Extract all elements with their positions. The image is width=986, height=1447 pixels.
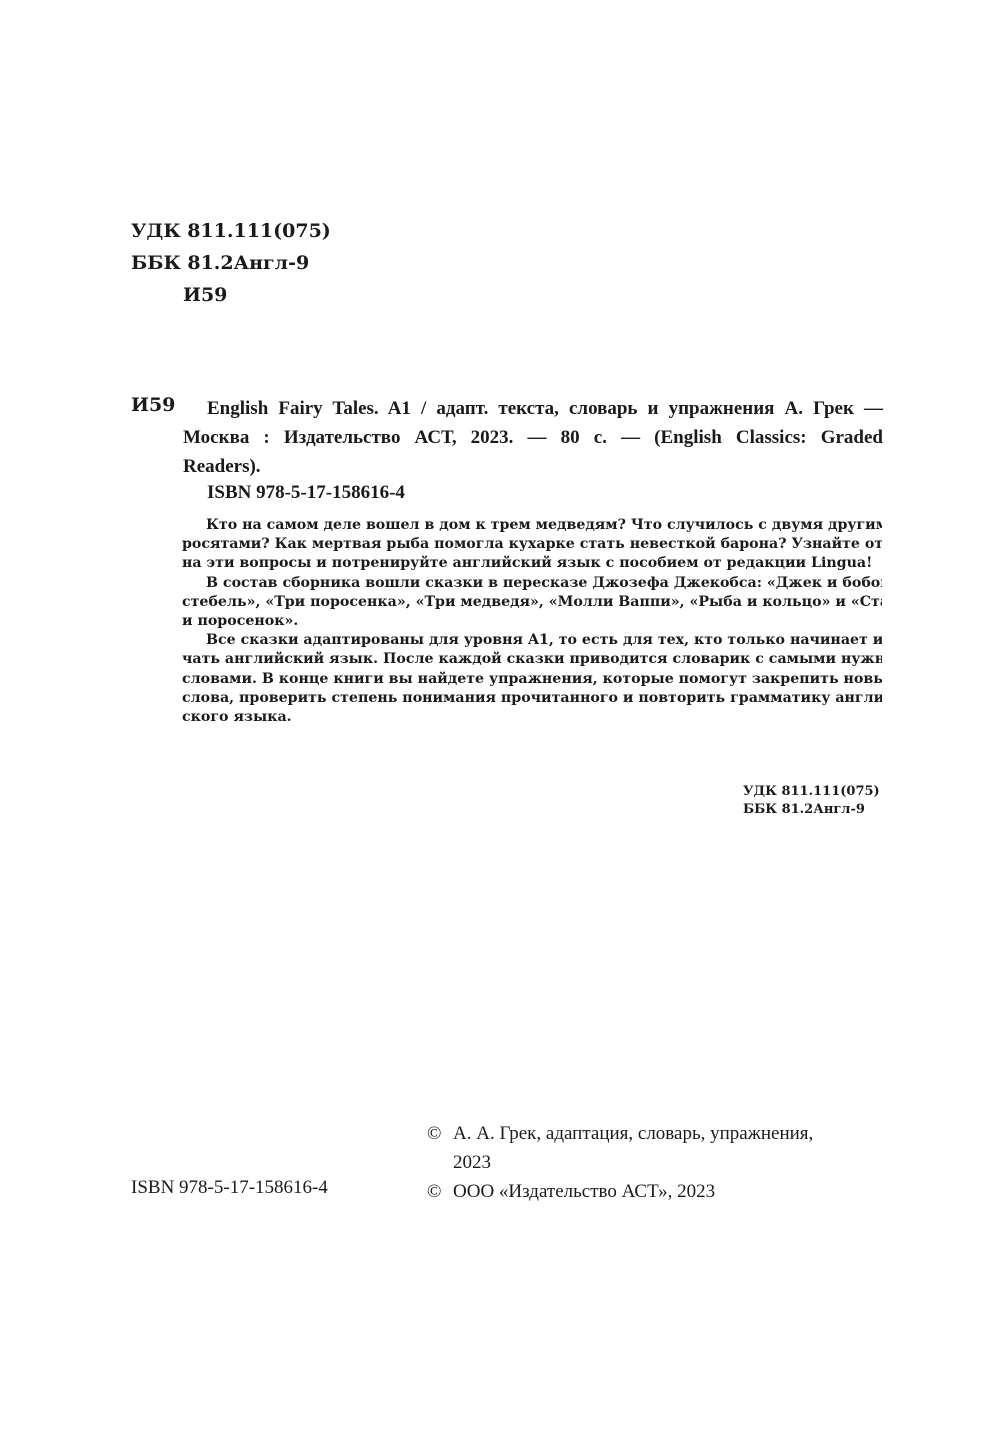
abstract-line: ского языка. [182, 708, 882, 727]
copyright-publisher-text: ООО «Издательство АСТ», 2023 [453, 1177, 715, 1206]
author-mark: И59 [131, 279, 331, 311]
copyright-icon: © [427, 1119, 453, 1148]
copyright-author-year-text: 2023 [453, 1148, 491, 1177]
copyright-author-text: А. А. Грек, адаптация, словарь, упражнен… [453, 1119, 813, 1148]
entry-line: Москва : Издательство АСТ, 2023. — 80 с.… [183, 423, 883, 452]
abstract-line: Кто на самом деле вошел в дом к трем мед… [182, 516, 882, 535]
copyright-block: © А. А. Грек, адаптация, словарь, упражн… [427, 1119, 813, 1206]
abstract-line: стебель», «Три поросенка», «Три медведя»… [182, 593, 882, 612]
udk-code: УДК 811.111(075) [131, 215, 331, 247]
abstract: Кто на самом деле вошел в дом к трем мед… [182, 516, 882, 727]
copyright-author-year: 2023 [427, 1148, 813, 1177]
entry-isbn: ISBN 978-5-17-158616-4 [207, 482, 405, 504]
entry-author-mark: И59 [131, 394, 175, 416]
isbn-bottom: ISBN 978-5-17-158616-4 [131, 1177, 328, 1199]
abstract-line: чать английский язык. После каждой сказк… [182, 650, 882, 669]
classification-footer: УДК 811.111(075) ББК 81.2Англ-9 [743, 783, 880, 819]
abstract-line: на эти вопросы и потренируйте английский… [182, 554, 882, 573]
udk-code-footer: УДК 811.111(075) [743, 783, 880, 801]
copyright-publisher: © ООО «Издательство АСТ», 2023 [427, 1177, 813, 1206]
abstract-line: росятами? Как мертвая рыба помогла кухар… [182, 535, 882, 554]
bibliographic-entry: English Fairy Tales. A1 / адапт. текста,… [183, 394, 883, 481]
classification-codes: УДК 811.111(075) ББК 81.2Англ-9 И59 [131, 215, 331, 311]
abstract-line: и поросенок». [182, 612, 882, 631]
abstract-line: словами. В конце книги вы найдете упражн… [182, 670, 882, 689]
abstract-line: слова, проверить степень понимания прочи… [182, 689, 882, 708]
abstract-line: Все сказки адаптированы для уровня A1, т… [182, 631, 882, 650]
copyright-author: © А. А. Грек, адаптация, словарь, упражн… [427, 1119, 813, 1148]
bbk-code: ББК 81.2Англ-9 [131, 247, 331, 279]
copyright-icon: © [427, 1177, 453, 1206]
entry-line: Readers). [183, 452, 883, 481]
bbk-code-footer: ББК 81.2Англ-9 [743, 801, 880, 819]
abstract-line: В состав сборника вошли сказки в переска… [182, 574, 882, 593]
copyright-page: УДК 811.111(075) ББК 81.2Англ-9 И59 И59 … [0, 0, 986, 1447]
entry-line: English Fairy Tales. A1 / адапт. текста,… [183, 394, 883, 423]
